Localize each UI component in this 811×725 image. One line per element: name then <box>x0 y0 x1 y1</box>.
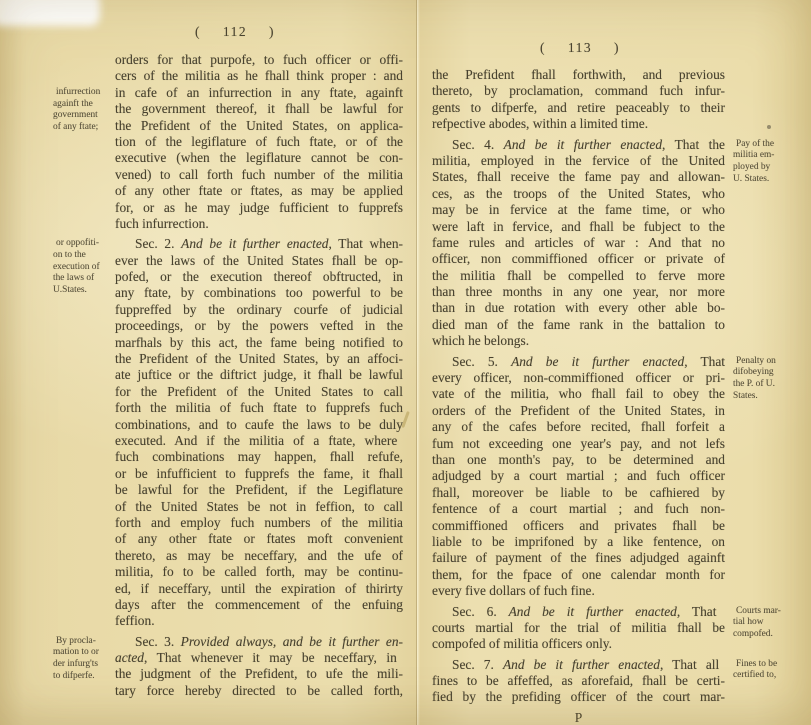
text-line: tary force hereby directed to be called … <box>115 683 403 699</box>
text-line: ed, if neceffary, until the expiration o… <box>115 581 403 597</box>
text-line: tion of the legiflature of fuch ftate, o… <box>115 134 403 150</box>
text-line: every officer, non-commiffioned officer … <box>432 370 725 386</box>
text-line: be lawful for the Prefident, if the Legi… <box>115 482 403 498</box>
margin-note-line: difobeying <box>733 367 797 379</box>
paragraph: or oppofiti-on to theexecution ofthe law… <box>115 236 403 629</box>
margin-note-line: to difperfe. <box>53 671 108 683</box>
text-line: of any other ftate or ftates, as may be … <box>115 183 403 199</box>
margin-note-line: or oppofiti- <box>53 238 108 250</box>
margin-note: Penalty ondifobeyingthe P. of U.States. <box>733 356 797 403</box>
margin-note: or oppofiti-on to theexecution ofthe law… <box>53 238 108 297</box>
text-line: cers of the militia as he fhall think pr… <box>115 68 403 84</box>
text-line: States, fhall receive the fame pay and a… <box>432 169 725 185</box>
margin-note: By procla-mation to order infurg'tsto di… <box>53 636 108 683</box>
text-line: fum not exceeding one year's pay, and no… <box>432 436 725 452</box>
text-line: days after the commencement of the enfui… <box>115 597 403 613</box>
paragraph: the Prefident fhall forthwith, and previ… <box>432 67 725 133</box>
margin-note: Pay of themilitia em-ployed byU. States. <box>733 139 797 186</box>
text-line: fhall, moreover be liable to be cafhiere… <box>432 485 725 501</box>
margin-note-line: Penalty on <box>733 356 797 368</box>
text-line: militia, fo to be called forth, may be c… <box>115 564 403 580</box>
text-line: courts martial for the trial of militia … <box>432 620 725 636</box>
text-line: fame rules and articles of war : And tha… <box>432 235 725 251</box>
text-line: of any other ftate or ftates moft conven… <box>115 531 403 547</box>
page-right: the Prefident fhall forthwith, and previ… <box>432 67 732 725</box>
text-line: pofed, or the execution thereof obftruct… <box>115 269 403 285</box>
signature-mark: P <box>432 710 725 725</box>
text-line: executed. And if the militia of a ftate,… <box>115 433 403 449</box>
text-line: forth the militia of fuch ftate to fuppr… <box>115 400 403 416</box>
margin-note-line: of any ftate; <box>53 122 108 134</box>
text-line: fines to be affeffed, as aforefaid, fhal… <box>432 673 725 689</box>
text-line: liable to be imprifoned by a like fenten… <box>432 534 725 550</box>
text-line: or be infufficient to fupprefs the fame,… <box>115 466 403 482</box>
paragraph: By procla-mation to order infurg'tsto di… <box>115 634 403 700</box>
text-line: officer, non commiffioned officer or pri… <box>432 251 725 267</box>
text-line: vate of the militia, who fhall fail to o… <box>432 386 725 402</box>
page-number-113: ( 113 ) <box>540 40 620 56</box>
margin-note-line: Pay of the <box>733 139 797 151</box>
page-right-text-block: the Prefident fhall forthwith, and previ… <box>432 67 725 706</box>
text-line: fied by the prefiding officer of the cou… <box>432 689 725 705</box>
text-line: for the Prefident of the United States t… <box>115 384 403 400</box>
text-line: for, or as he may judge fufficient to fu… <box>115 200 403 216</box>
margin-note-line: the laws of <box>53 273 108 285</box>
margin-note-line: States. <box>733 391 797 403</box>
paragraph: Fines to becertified to,Sec. 7. And be i… <box>432 657 725 706</box>
paragraph: Penalty ondifobeyingthe P. of U.States.S… <box>432 354 725 600</box>
text-line: in cafe of an infurrection in any ftate,… <box>115 85 403 101</box>
text-line: the Prefident of the United States, by a… <box>115 351 403 367</box>
text-line: Sec. 7. And be it further enacted, That … <box>432 657 725 673</box>
text-line: executive (when the legiflature cannot b… <box>115 150 403 166</box>
text-line: which he belongs. <box>432 333 725 349</box>
margin-note: Courts mar-tial howcompofed. <box>733 606 797 641</box>
text-line: refpective abodes, within a limited time… <box>432 116 725 132</box>
text-line: thereto, by proclamation, command fuch i… <box>432 83 725 99</box>
margin-note-line: By procla- <box>53 636 108 648</box>
margin-note-line: certified to, <box>733 670 797 682</box>
text-line: adjudged by a court martial ; and fuch o… <box>432 468 725 484</box>
text-line: the militia fhall be compelled to ferve … <box>432 268 725 284</box>
text-line: than three months in any one year, nor m… <box>432 284 725 300</box>
text-line: failure of payment of the fines adjudged… <box>432 550 725 566</box>
text-line: fuppreffed by the ordinary courfe of jud… <box>115 302 403 318</box>
text-line: than one month's pay, to be determined a… <box>432 452 725 468</box>
text-line: vened) to call forth fuch number of the … <box>115 167 403 183</box>
text-line: the judgment of the Prefident, to ufe th… <box>115 666 403 682</box>
text-line: than in due rotation with every other ab… <box>432 300 725 316</box>
margin-note: Fines to becertified to, <box>733 659 797 682</box>
text-line: the government thereof, it fhall be lawf… <box>115 101 403 117</box>
paragraph: infurrectionagainft thegovernmentof any … <box>115 52 403 232</box>
margin-note-line: Fines to be <box>733 659 797 671</box>
text-line: Sec. 2. And be it further enacted, That … <box>115 236 403 252</box>
text-line: ate juftice or the diftrict judge, it fh… <box>115 367 403 383</box>
text-line: feffion. <box>115 613 403 629</box>
text-line: fentence of a court martial ; and fuch n… <box>432 501 725 517</box>
scan-corner-white <box>0 0 100 26</box>
margin-note-line: Courts mar- <box>733 606 797 618</box>
text-line: acted, That whenever it may be neceffary… <box>115 650 403 666</box>
text-line: them, for the fpace of one calendar mont… <box>432 567 725 583</box>
text-line: Sec. 6. And be it further enacted, That <box>432 604 725 620</box>
text-line: may be in fervice at the fame time, or w… <box>432 202 725 218</box>
margin-note-line: the P. of U. <box>733 379 797 391</box>
text-line: every five dollars of fuch fine. <box>432 583 725 599</box>
text-line: the Prefident of the United States, on a… <box>115 118 403 134</box>
ink-speck <box>767 125 771 129</box>
margin-note-line: U. States. <box>733 174 797 186</box>
text-line: Sec. 5. And be it further enacted, That <box>432 354 725 370</box>
margin-note-line: ployed by <box>733 162 797 174</box>
text-line: fuch infurrection. <box>115 216 403 232</box>
text-line: commiffioned officers and privates fhall… <box>432 518 725 534</box>
margin-note-line: execution of <box>53 262 108 274</box>
page-left-text-block: infurrectionagainft thegovernmentof any … <box>115 52 403 699</box>
margin-note-line: on to the <box>53 250 108 262</box>
text-line: the Prefident fhall forthwith, and previ… <box>432 67 725 83</box>
text-line: orders of the Prefident of the United St… <box>432 403 725 419</box>
text-line: marfhals by this act, the fame being not… <box>115 335 403 351</box>
text-line: any of the cafes before recited, fhall f… <box>432 419 725 435</box>
text-line: orders for that purpofe, to fuch officer… <box>115 52 403 68</box>
text-line: militia, employed in the fervice of the … <box>432 153 725 169</box>
text-line: fuch combinations may happen, fhall refu… <box>115 449 403 465</box>
text-line: died man of the fame rank in the battali… <box>432 317 725 333</box>
text-line: forth and employ fuch numbers of the mil… <box>115 515 403 531</box>
text-line: of the United States be not in feffion, … <box>115 499 403 515</box>
paragraph: Pay of themilitia em-ployed byU. States.… <box>432 137 725 350</box>
margin-note-line: againft the <box>53 99 108 111</box>
text-line: any ftate, by combinations too powerful … <box>115 285 403 301</box>
margin-note-line: tial how <box>733 617 797 629</box>
paragraph: Courts mar-tial howcompofed.Sec. 6. And … <box>432 604 725 653</box>
text-line: ces, as the troops of the United States,… <box>432 186 725 202</box>
text-line: combinations, and to caufe the laws to b… <box>115 417 403 433</box>
text-line: Sec. 4. And be it further enacted, That … <box>432 137 725 153</box>
text-line: compofed of militia officers only. <box>432 636 725 652</box>
margin-note-line: militia em- <box>733 150 797 162</box>
text-line: Sec. 3. Provided always, and be it furth… <box>115 634 403 650</box>
text-line: gents to difperfe, and retire peaceably … <box>432 100 725 116</box>
margin-note-line: compofed. <box>733 629 797 641</box>
text-line: ever the laws of the United States fhall… <box>115 253 403 269</box>
page-number-112: ( 112 ) <box>195 24 275 40</box>
margin-note-line: mation to or <box>53 647 108 659</box>
margin-note-line: der infurg'ts <box>53 659 108 671</box>
text-line: proceedings, or by the powers vefted in … <box>115 318 403 334</box>
margin-note-line: infurrection <box>53 87 108 99</box>
book-spread: ( 112 ) ( 113 ) infurrectionagainft theg… <box>0 0 811 725</box>
text-line: thereto, as may be neceffary, and the uf… <box>115 548 403 564</box>
margin-note-line: government <box>53 110 108 122</box>
margin-note: infurrectionagainft thegovernmentof any … <box>53 87 108 134</box>
text-line: were laft in fervice, and fhall be fubje… <box>432 219 725 235</box>
page-left: infurrectionagainft thegovernmentof any … <box>57 52 403 703</box>
page-gutter-highlight <box>417 0 420 725</box>
margin-note-line: U.States. <box>53 285 108 297</box>
